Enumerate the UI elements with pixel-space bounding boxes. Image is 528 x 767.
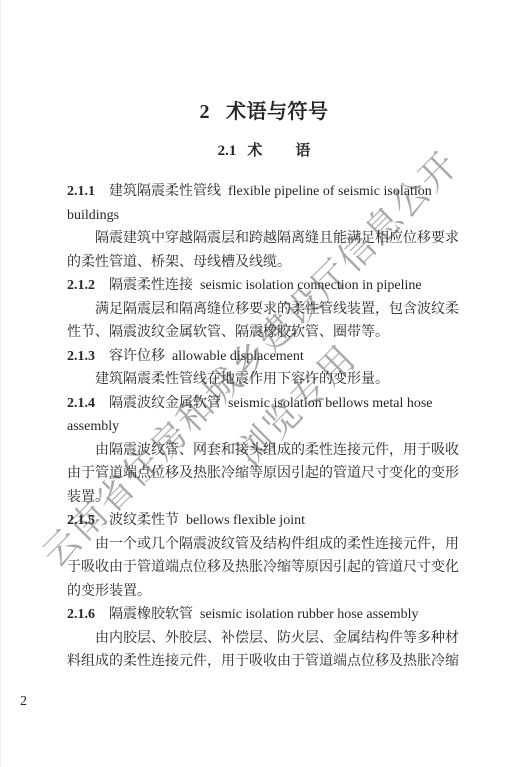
term-definition-line: 由隔震波纹管、网套和接头组成的柔性连接元件，用于吸收 — [67, 439, 463, 463]
term-heading-line: 2.1.1建筑隔震柔性管线 flexible pipeline of seism… — [67, 180, 463, 204]
term-definition-line: 建筑隔震柔性管线在地震作用下容许的变形量。 — [67, 368, 463, 392]
section-title-char-right: 语 — [295, 143, 310, 159]
term-entry: 2.1.2隔震柔性连接 seismic isolation connection… — [67, 274, 463, 345]
term-title-text: 容许位移 allowable displacement — [109, 349, 304, 364]
term-definition-line: 料组成的柔性连接元件，用于吸收由于管道端点位移及热胀冷缩 — [67, 650, 463, 674]
term-definition-line: 满足隔震层和隔离缝位移要求的柔性管线装置，包含波纹柔 — [67, 298, 463, 322]
term-heading-line: 2.1.6隔震橡胶软管 seismic isolation rubber hos… — [67, 603, 463, 627]
term-definition-line: 的柔性管道、桥架、母线槽及线缆。 — [67, 251, 463, 275]
page-number: 2 — [20, 694, 27, 710]
term-entry: 2.1.6隔震橡胶软管 seismic isolation rubber hos… — [67, 603, 463, 674]
term-title-text: 隔震波纹金属软管 seismic isolation bellows metal… — [109, 396, 433, 411]
term-heading-line: 2.1.3容许位移 allowable displacement — [67, 345, 463, 369]
term-number: 2.1.3 — [67, 349, 95, 364]
term-definition-line: 于吸收由于管道端点位移及热胀冷缩等原因引起的管道尺寸变化 — [67, 556, 463, 580]
term-entry: 2.1.4隔震波纹金属软管 seismic isolation bellows … — [67, 392, 463, 510]
term-heading-continuation: buildings — [67, 204, 463, 228]
term-definition-line: 由一个或几个隔震波纹管及结构件组成的柔性连接元件，用 — [67, 533, 463, 557]
term-definition-line: 的变形装置。 — [67, 580, 463, 604]
term-title-text: 隔震柔性连接 seismic isolation connection in p… — [109, 278, 422, 293]
term-definition-line: 隔震建筑中穿越隔震层和跨越隔离缝且能满足相应位移要求 — [67, 227, 463, 251]
term-number: 2.1.2 — [67, 278, 95, 293]
term-number: 2.1.6 — [67, 607, 95, 622]
term-title-text: 建筑隔震柔性管线 flexible pipeline of seismic is… — [109, 184, 432, 199]
term-number: 2.1.1 — [67, 184, 95, 199]
document-page: 云南省住房和城乡建设厅信息公开 浏览专用 2术语与符号 2.1术语 2.1.1建… — [0, 0, 528, 767]
term-heading-line: 2.1.5波纹柔性节 bellows flexible joint — [67, 509, 463, 533]
term-title-text: 波纹柔性节 bellows flexible joint — [109, 513, 305, 528]
term-definition-line: 由内胶层、外胶层、补偿层、防火层、金属结构件等多种材 — [67, 627, 463, 651]
term-number: 2.1.4 — [67, 396, 95, 411]
term-number: 2.1.5 — [67, 513, 95, 528]
term-definition-line: 装置。 — [67, 486, 463, 510]
term-entry: 2.1.1建筑隔震柔性管线 flexible pipeline of seism… — [67, 180, 463, 274]
chapter-number: 2 — [200, 101, 211, 123]
terms-list: 2.1.1建筑隔震柔性管线 flexible pipeline of seism… — [67, 180, 463, 674]
term-entry: 2.1.5波纹柔性节 bellows flexible joint由一个或几个隔… — [67, 509, 463, 603]
term-entry: 2.1.3容许位移 allowable displacement建筑隔震柔性管线… — [67, 345, 463, 392]
term-definition-line: 性节、隔震波纹金属软管、隔震橡胶软管、圈带等。 — [67, 321, 463, 345]
term-heading-line: 2.1.4隔震波纹金属软管 seismic isolation bellows … — [67, 392, 463, 416]
chapter-title-text: 术语与符号 — [226, 101, 329, 123]
term-heading-continuation: assembly — [67, 415, 463, 439]
chapter-title: 2术语与符号 — [0, 95, 528, 124]
page-content: 2术语与符号 2.1术语 2.1.1建筑隔震柔性管线 flexible pipe… — [0, 0, 528, 767]
section-heading: 2.1术语 — [0, 139, 528, 160]
section-title-char-left: 术 — [247, 143, 262, 159]
section-number: 2.1 — [218, 143, 237, 159]
term-definition-line: 由于管道端点位移及热胀冷缩等原因引起的管道尺寸变化的变形 — [67, 462, 463, 486]
scan-edge-artifact — [0, 0, 1, 767]
term-title-text: 隔震橡胶软管 seismic isolation rubber hose ass… — [109, 607, 419, 622]
term-heading-line: 2.1.2隔震柔性连接 seismic isolation connection… — [67, 274, 463, 298]
